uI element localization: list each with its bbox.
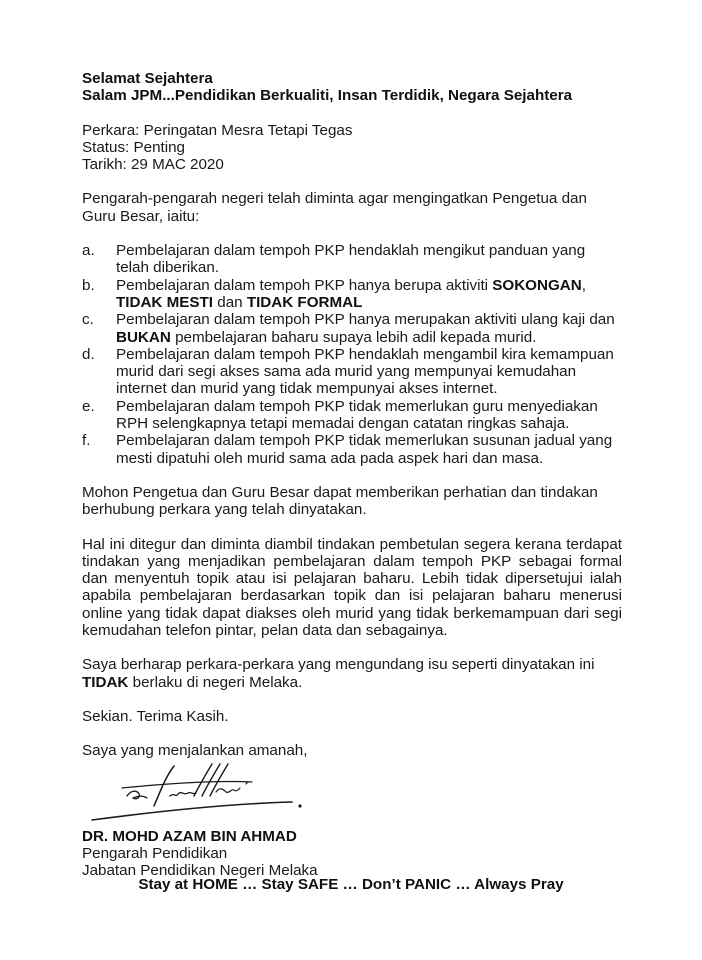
directive-item: d.Pembelajaran dalam tempoh PKP hendakla… <box>82 346 622 398</box>
harap-text-after: berlaku di negeri Melaka. <box>128 674 302 691</box>
directive-emphasis: SOKONGAN <box>492 277 581 294</box>
intro-paragraph: Pengarah-pengarah negeri telah diminta a… <box>82 190 622 225</box>
directive-marker: d. <box>82 346 95 363</box>
signature-icon <box>82 762 342 824</box>
directive-marker: c. <box>82 311 94 328</box>
meta-tarikh: Tarikh: 29 MAC 2020 <box>82 156 622 173</box>
directive-text: Pembelajaran dalam tempoh PKP hanya beru… <box>116 277 492 294</box>
meta-perkara: Perkara: Peringatan Mesra Tetapi Tegas <box>82 122 622 139</box>
directive-text: Pembelajaran dalam tempoh PKP tidak meme… <box>116 398 598 432</box>
directive-list: a.Pembelajaran dalam tempoh PKP hendakla… <box>82 242 622 467</box>
directive-item: a.Pembelajaran dalam tempoh PKP hendakla… <box>82 242 622 277</box>
letter-page: Selamat Sejahtera Salam JPM...Pendidikan… <box>82 70 622 879</box>
directive-marker: b. <box>82 277 95 294</box>
signature-block: Saya yang menjalankan amanah, DR. M <box>82 742 622 879</box>
directive-text: pembelajaran baharu supaya lebih adil ke… <box>171 329 537 346</box>
harap-text-bold: TIDAK <box>82 674 128 691</box>
paragraph-mohon: Mohon Pengetua dan Guru Besar dapat memb… <box>82 484 622 519</box>
footer-slogan: Stay at HOME … Stay SAFE … Don’t PANIC …… <box>0 876 702 893</box>
meta-status: Status: Penting <box>82 139 622 156</box>
directive-item: c.Pembelajaran dalam tempoh PKP hanya me… <box>82 311 622 346</box>
directive-text: Pembelajaran dalam tempoh PKP hanya meru… <box>116 311 615 328</box>
signatory-name: DR. MOHD AZAM BIN AHMAD <box>82 828 622 845</box>
directive-item: e.Pembelajaran dalam tempoh PKP tidak me… <box>82 398 622 433</box>
directive-emphasis: BUKAN <box>116 329 171 346</box>
directive-text: dan <box>213 294 247 311</box>
signatory-title: Pengarah Pendidikan <box>82 845 622 862</box>
closing-line: Sekian. Terima Kasih. <box>82 708 622 725</box>
directive-text: Pembelajaran dalam tempoh PKP hendaklah … <box>116 242 585 276</box>
directive-text: , <box>582 277 586 294</box>
paragraph-hal: Hal ini ditegur dan diminta diambil tind… <box>82 536 622 640</box>
sign-off-line: Saya yang menjalankan amanah, <box>82 742 622 759</box>
greeting-line-1: Selamat Sejahtera <box>82 70 622 87</box>
greeting-line-2: Salam JPM...Pendidikan Berkualiti, Insan… <box>82 87 622 104</box>
directive-emphasis: TIDAK FORMAL <box>247 294 363 311</box>
directive-item: b.Pembelajaran dalam tempoh PKP hanya be… <box>82 277 622 312</box>
directive-item: f.Pembelajaran dalam tempoh PKP tidak me… <box>82 432 622 467</box>
letter-meta: Perkara: Peringatan Mesra Tetapi Tegas S… <box>82 122 622 174</box>
directive-marker: f. <box>82 432 90 449</box>
directive-marker: e. <box>82 398 95 415</box>
handwritten-signature <box>82 762 342 824</box>
directive-emphasis: TIDAK MESTI <box>116 294 213 311</box>
directive-text: Pembelajaran dalam tempoh PKP hendaklah … <box>116 346 614 398</box>
directive-text: Pembelajaran dalam tempoh PKP tidak meme… <box>116 432 612 466</box>
harap-text-before: Saya berharap perkara-perkara yang mengu… <box>82 656 594 673</box>
paragraph-harap: Saya berharap perkara-perkara yang mengu… <box>82 656 622 691</box>
directive-marker: a. <box>82 242 95 259</box>
